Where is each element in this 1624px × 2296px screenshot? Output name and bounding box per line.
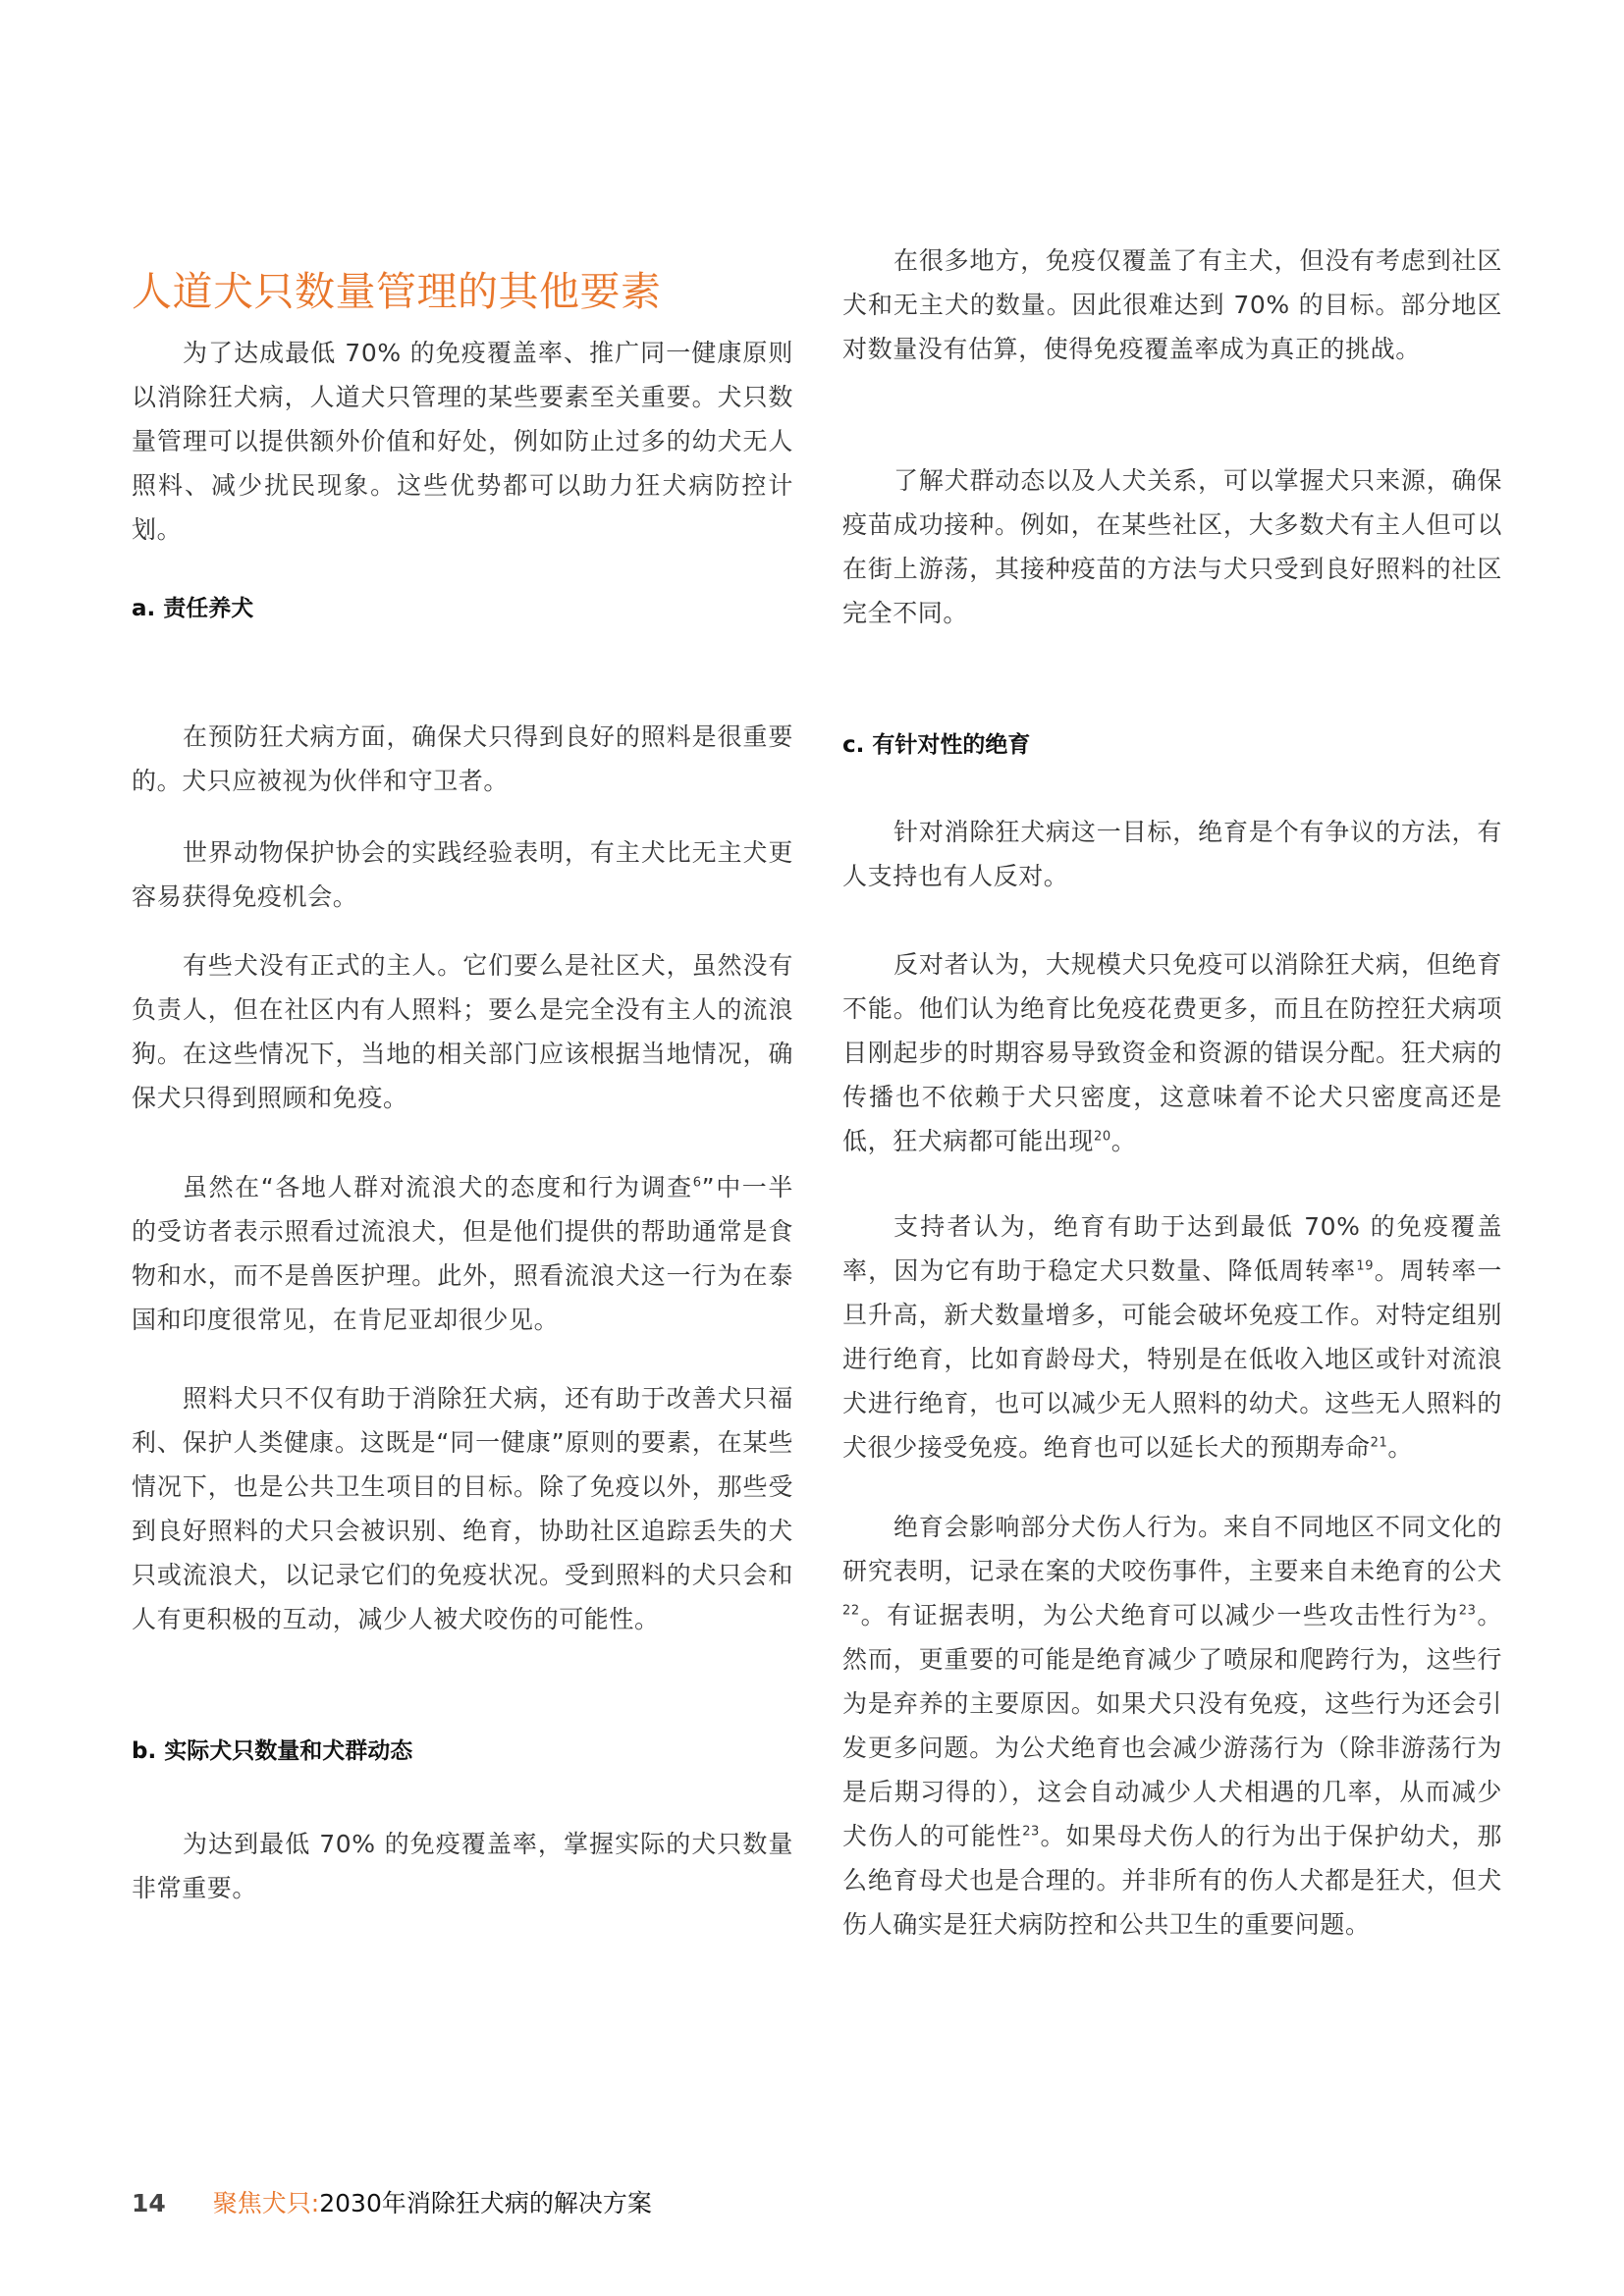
paragraph-text: 虽然在“各地人群对流浪犬的态度和行为调查	[183, 1173, 693, 1201]
footer-title: 2030年消除狂犬病的解决方案	[319, 2189, 652, 2217]
page-number: 14	[132, 2189, 166, 2217]
section-a-paragraph-1: 在预防狂犬病方面，确保犬只得到良好的照料是很重要的。犬只应被视为伙伴和守卫者。	[132, 715, 793, 803]
section-a-paragraph-4: 虽然在“各地人群对流浪犬的态度和行为调查6”中一半的受访者表示照看过流浪犬，但是…	[132, 1165, 793, 1342]
section-a-heading: a. 责任养犬	[132, 593, 793, 624]
footnote-ref: 22	[842, 1604, 860, 1619]
section-a-paragraph-5: 照料犬只不仅有助于消除狂犬病，还有助于改善犬只福利、保护人类健康。这既是“同一健…	[132, 1376, 793, 1641]
footnote-ref: 23	[1459, 1604, 1477, 1619]
document-page: 人道犬只数量管理的其他要素 为了达成最低 70% 的免疫覆盖率、推广同一健康原则…	[0, 0, 1624, 2296]
paragraph-text: 。	[1111, 1127, 1137, 1155]
section-a-paragraph-3: 有些犬没有正式的主人。它们要么是社区犬，虽然没有负责人，但在社区内有人照料；要么…	[132, 943, 793, 1120]
section-c-paragraph-3: 支持者认为，绝育有助于达到最低 70% 的免疫覆盖率，因为它有助于稳定犬只数量、…	[842, 1204, 1502, 1469]
paragraph-text: 。周转率一旦升高，新犬数量增多，可能会破坏免疫工作。对特定组别进行绝育，比如育龄…	[842, 1256, 1502, 1462]
intro-paragraph: 为了达成最低 70% 的免疫覆盖率、推广同一健康原则以消除狂犬病，人道犬只管理的…	[132, 331, 793, 552]
footnote-ref: 21	[1371, 1436, 1388, 1451]
footnote-ref: 23	[1022, 1825, 1040, 1840]
paragraph-text: 反对者认为，大规模犬只免疫可以消除狂犬病，但绝育不能。他们认为绝育比免疫花费更多…	[842, 950, 1502, 1155]
right-paragraph-2: 了解犬群动态以及人犬关系，可以掌握犬只来源，确保疫苗成功接种。例如，在某些社区，…	[842, 458, 1502, 635]
footnote-ref: 20	[1094, 1130, 1111, 1145]
right-paragraph-1: 在很多地方，免疫仅覆盖了有主犬，但没有考虑到社区犬和无主犬的数量。因此很难达到 …	[842, 239, 1502, 371]
section-c-heading: c. 有针对性的绝育	[842, 729, 1502, 761]
section-a-paragraph-2: 世界动物保护协会的实践经验表明，有主犬比无主犬更容易获得免疫机会。	[132, 830, 793, 919]
paragraph-text: 绝育会影响部分犬伤人行为。来自不同地区不同文化的研究表明，记录在案的犬咬伤事件，…	[842, 1513, 1502, 1585]
footnote-ref: 6	[693, 1176, 702, 1191]
section-c-paragraph-1: 针对消除狂犬病这一目标，绝育是个有争议的方法，有人支持也有人反对。	[842, 810, 1502, 898]
footer-brand: 聚焦犬只:	[213, 2189, 319, 2217]
section-c-paragraph-2: 反对者认为，大规模犬只免疫可以消除狂犬病，但绝育不能。他们认为绝育比免疫花费更多…	[842, 942, 1502, 1163]
section-c-paragraph-4: 绝育会影响部分犬伤人行为。来自不同地区不同文化的研究表明，记录在案的犬咬伤事件，…	[842, 1505, 1502, 1947]
footnote-ref: 19	[1356, 1259, 1374, 1274]
section-b-paragraph-1: 为达到最低 70% 的免疫覆盖率，掌握实际的犬只数量非常重要。	[132, 1822, 793, 1910]
paragraph-text: 。	[1387, 1433, 1413, 1462]
page-footer: 14聚焦犬只:2030年消除狂犬病的解决方案	[132, 2187, 652, 2220]
paragraph-text: 。然而，更重要的可能是绝育减少了喷尿和爬跨行为，这些行为是弃养的主要原因。如果犬…	[842, 1601, 1502, 1850]
paragraph-text: 。有证据表明，为公犬绝育可以减少一些攻击性行为	[860, 1601, 1459, 1629]
section-b-heading: b. 实际犬只数量和犬群动态	[132, 1735, 793, 1767]
page-title: 人道犬只数量管理的其他要素	[132, 266, 662, 317]
